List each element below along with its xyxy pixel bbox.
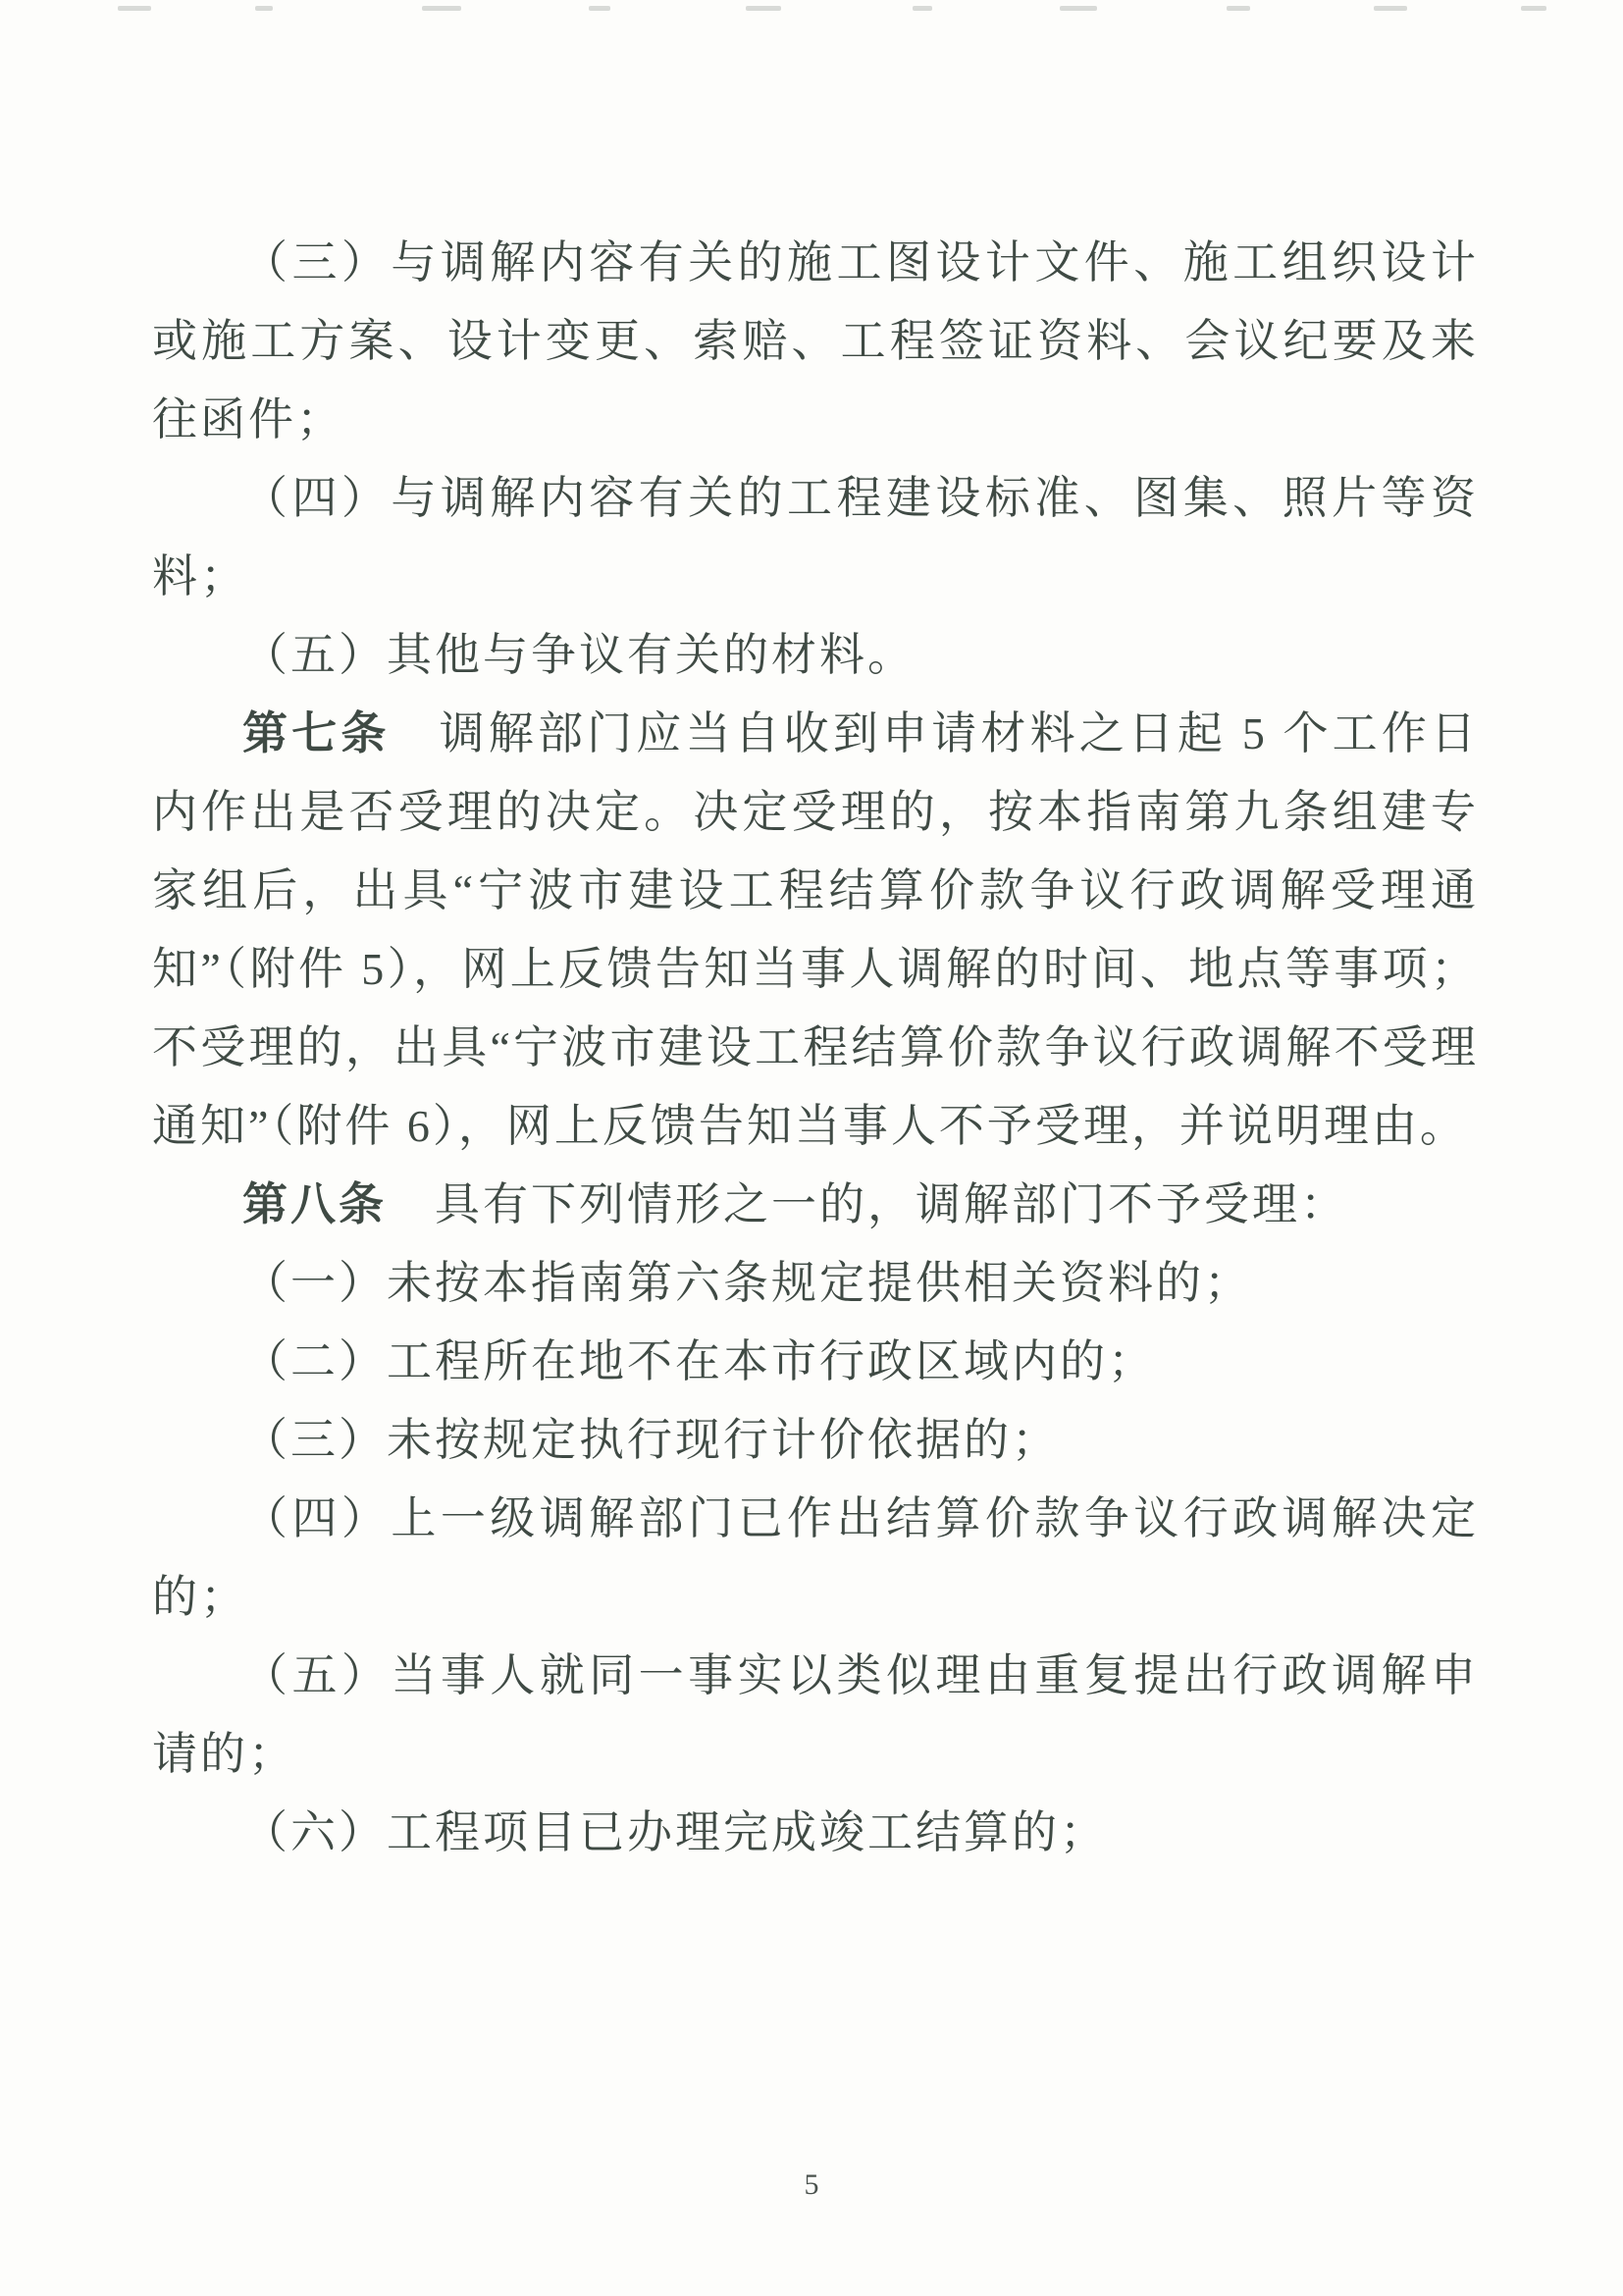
paragraph-text: （六）工程项目已办理完成竣工结算的；: [242, 1807, 1108, 1857]
paragraph-item-5: （五）其他与争议有关的材料。: [152, 616, 1479, 695]
paragraph-text: （三）未按规定执行现行计价依据的；: [242, 1415, 1060, 1465]
paragraph-item-4: （四）与调解内容有关的工程建设标准、图集、照片等资料；: [152, 459, 1479, 616]
document-page: （三）与调解内容有关的施工图设计文件、施工组织设计或施工方案、设计变更、索赔、工…: [0, 0, 1623, 2296]
paragraph-item-1: （一）未按本指南第六条规定提供相关资料的；: [152, 1244, 1479, 1323]
paragraph-text: （三）与调解内容有关的施工图设计文件、施工组织设计或施工方案、设计变更、索赔、工…: [152, 237, 1479, 444]
paragraph-text: （五）其他与争议有关的材料。: [242, 630, 916, 680]
paragraph-item-6: （六）工程项目已办理完成竣工结算的；: [152, 1794, 1479, 1872]
page-number: 5: [0, 2168, 1623, 2202]
paragraph-text: （二）工程所在地不在本市行政区域内的；: [242, 1336, 1156, 1386]
paragraph-item-3: （三）与调解内容有关的施工图设计文件、施工组织设计或施工方案、设计变更、索赔、工…: [152, 224, 1479, 459]
paragraph-article-7: 第七条 调解部门应当自收到申请材料之日起 5 个工作日内作出是否受理的决定。决定…: [152, 695, 1479, 1166]
paragraph-item-2: （二）工程所在地不在本市行政区域内的；: [152, 1323, 1479, 1401]
article-number: 第七条: [242, 708, 390, 758]
paragraph-text: （五）当事人就同一事实以类似理由重复提出行政调解申请的；: [152, 1650, 1479, 1779]
paragraph-text: （四）与调解内容有关的工程建设标准、图集、照片等资料；: [152, 473, 1479, 601]
paragraph-text: （一）未按本指南第六条规定提供相关资料的；: [242, 1258, 1252, 1308]
paragraph-item-5b: （五）当事人就同一事实以类似理由重复提出行政调解申请的；: [152, 1637, 1479, 1794]
paragraph-text: 具有下列情形之一的，调解部门不予受理：: [387, 1179, 1348, 1229]
paragraph-text: 调解部门应当自收到申请材料之日起 5 个工作日内作出是否受理的决定。决定受理的，…: [152, 708, 1479, 1151]
paragraph-item-4b: （四）上一级调解部门已作出结算价款争议行政调解决定的；: [152, 1480, 1479, 1637]
article-number: 第八条: [242, 1179, 387, 1229]
paragraph-item-3b: （三）未按规定执行现行计价依据的；: [152, 1401, 1479, 1480]
scan-artifact-marks: [0, 4, 1623, 16]
paragraph-article-8: 第八条 具有下列情形之一的，调解部门不予受理：: [152, 1166, 1479, 1244]
paragraph-text: （四）上一级调解部门已作出结算价款争议行政调解决定的；: [152, 1493, 1479, 1622]
document-body: （三）与调解内容有关的施工图设计文件、施工组织设计或施工方案、设计变更、索赔、工…: [152, 224, 1479, 1872]
